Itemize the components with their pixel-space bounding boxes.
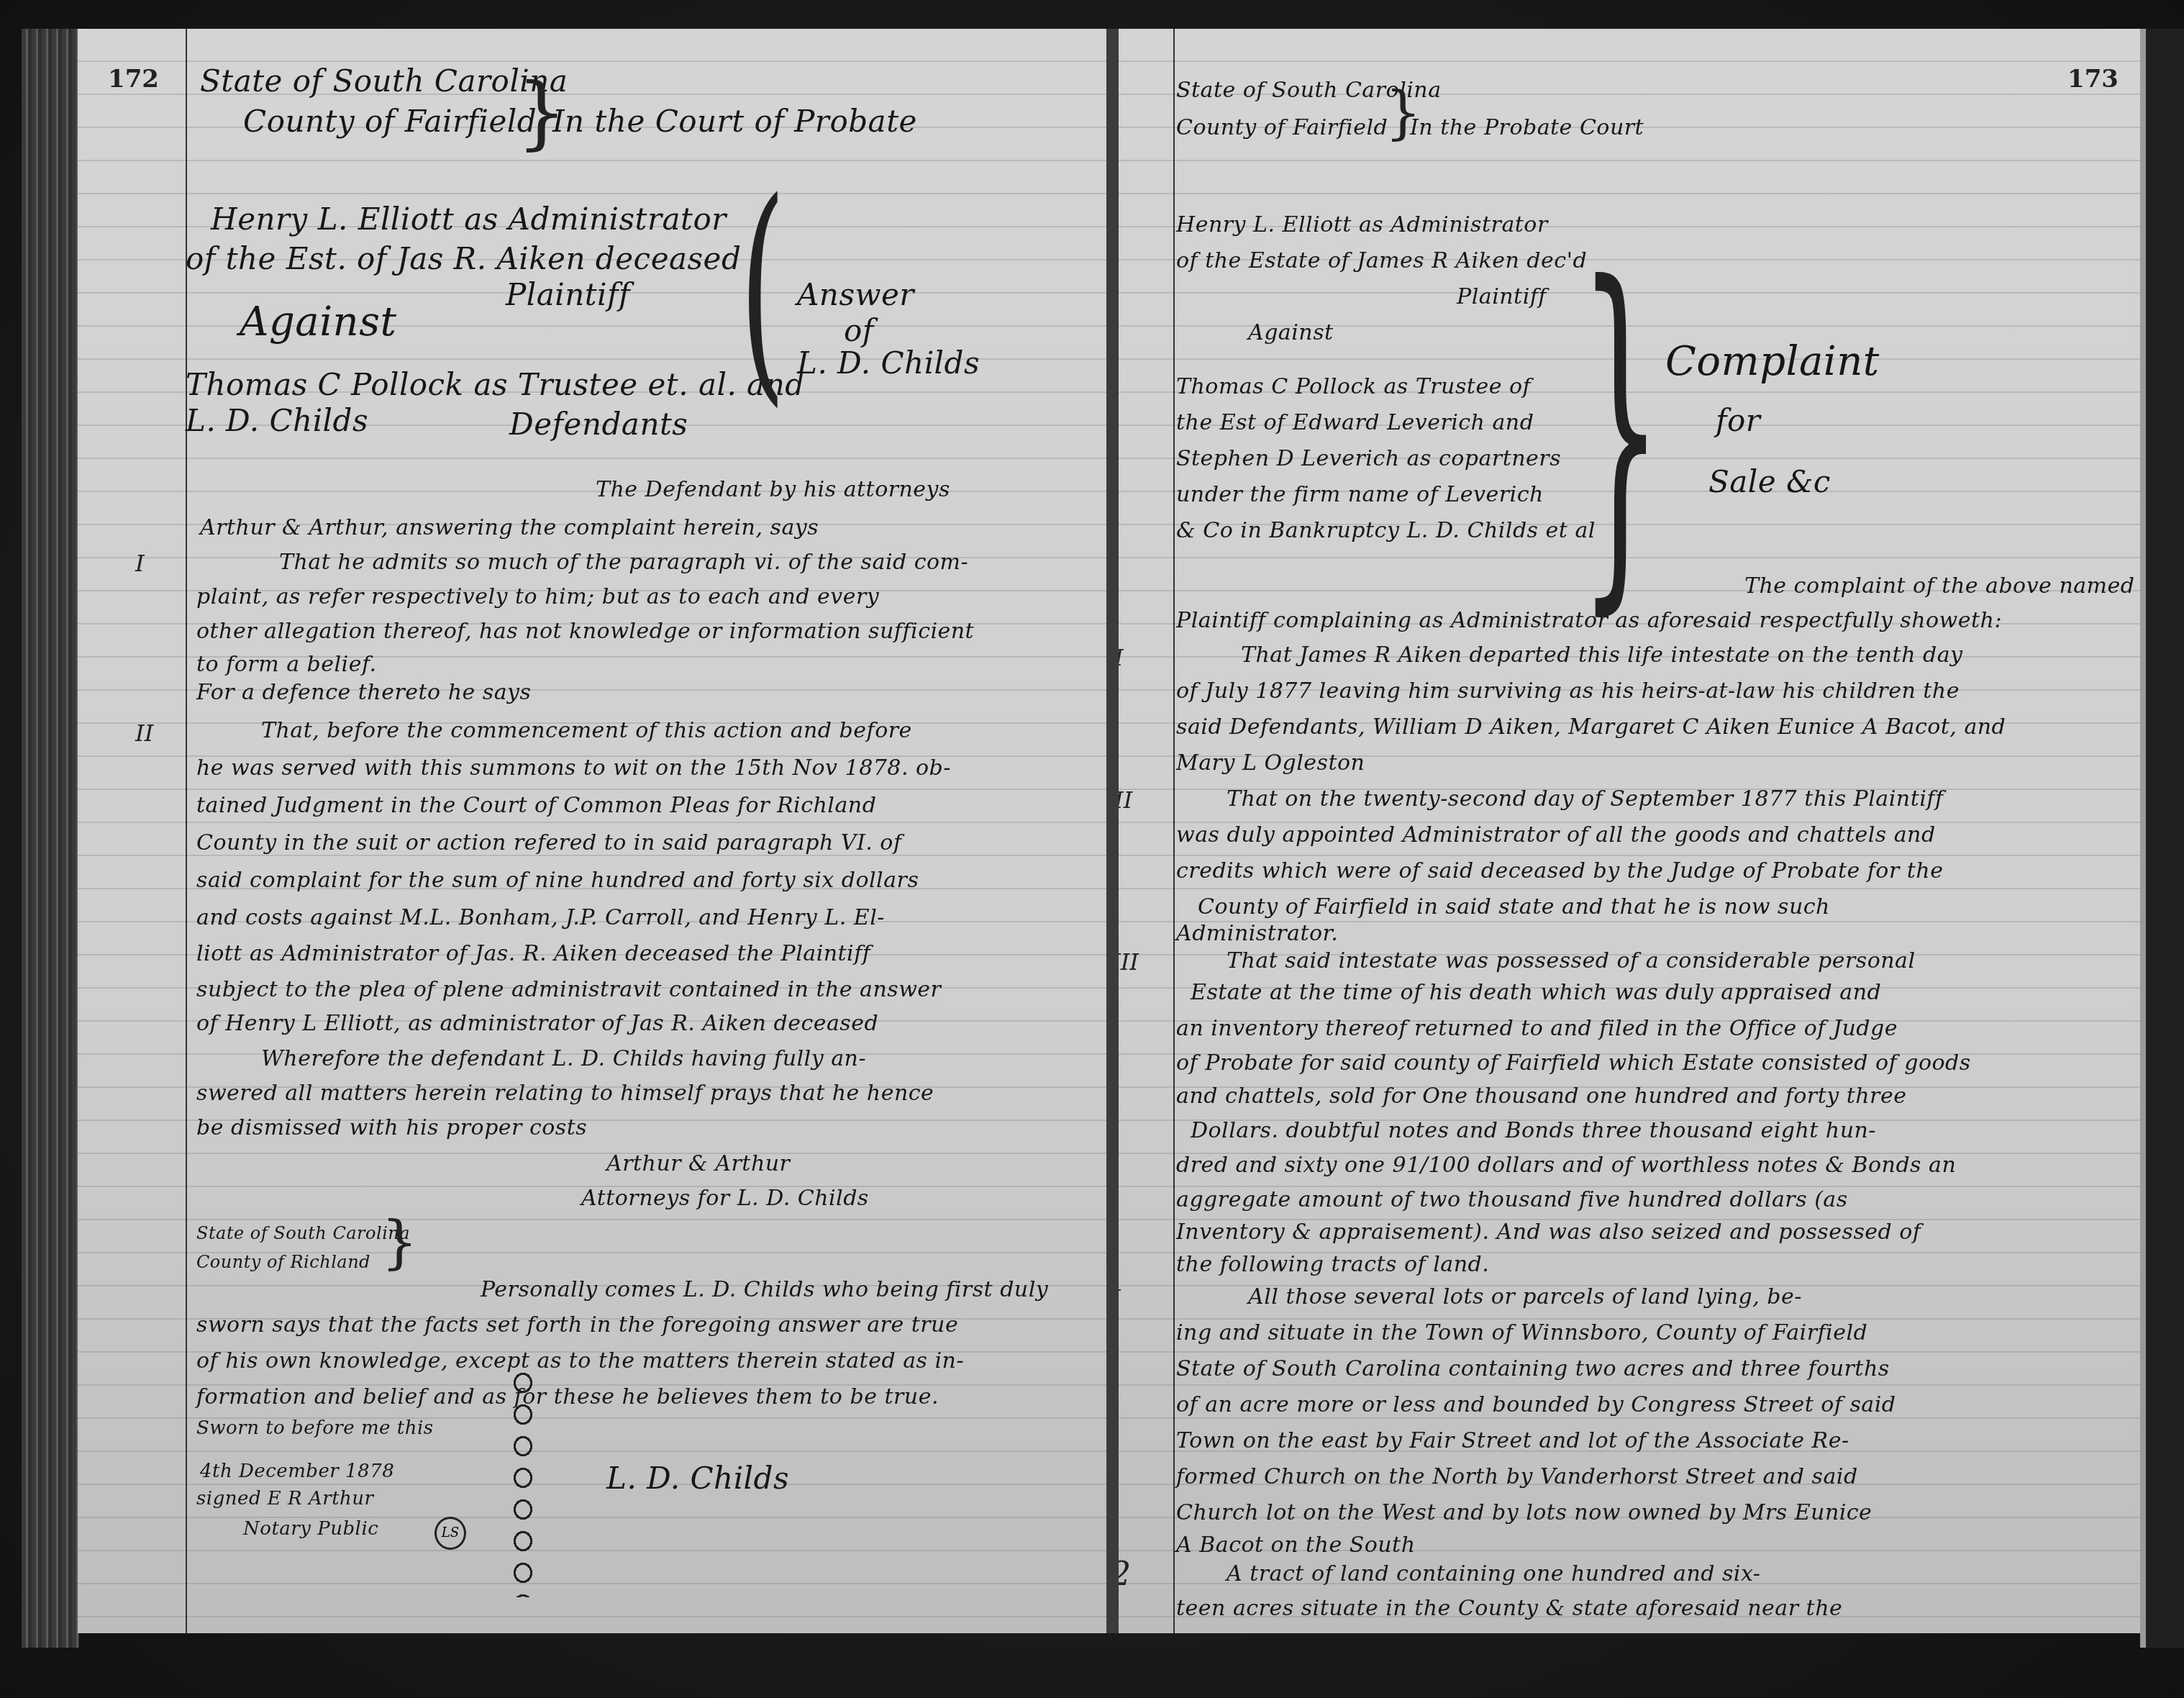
- plaintiff-line-2: of the Est. of Jas R. Aiken deceased: [186, 241, 741, 276]
- caption-court: In the Court of Probate: [552, 104, 917, 139]
- caption-court: In the Probate Court: [1410, 115, 1644, 140]
- paragraph-numeral: I: [135, 550, 145, 577]
- caption-county: County of Fairfield: [1176, 115, 1388, 140]
- body-line: other allegation thereof, has not knowle…: [196, 619, 974, 644]
- against-label: Against: [240, 299, 396, 345]
- body-line: Dollars. doubtful notes and Bonds three …: [1191, 1118, 1876, 1143]
- affidavit-line: of his own knowledge, except as to the m…: [196, 1348, 964, 1374]
- body-line: Town on the east by Fair Street and lot …: [1176, 1428, 1849, 1453]
- body-line: That said intestate was possessed of a c…: [1227, 948, 1916, 973]
- document-title-line-2: for: [1716, 403, 1760, 438]
- body-line: That he admits so much of the paragraph …: [279, 550, 968, 575]
- affidavit-line: formation and belief and as for these he…: [196, 1384, 939, 1409]
- defendant-label: Defendants: [509, 407, 688, 442]
- document-title-line-3: Sale &c: [1708, 464, 1831, 499]
- defendant-line: under the firm name of Leverich: [1176, 482, 1544, 507]
- jurat-line: Sworn to before me this: [196, 1417, 434, 1439]
- body-line: County in the suit or action refered to …: [196, 830, 902, 855]
- body-line: of Probate for said county of Fairfield …: [1176, 1050, 1971, 1076]
- body-line: Wherefore the defendant L. D. Childs hav…: [261, 1046, 866, 1071]
- defendant-line-1: Thomas C Pollock as Trustee et. al. and: [186, 367, 805, 402]
- body-line: of July 1877 leaving him surviving as hi…: [1176, 678, 1960, 704]
- affidavit-line: sworn says that the facts set forth in t…: [196, 1312, 958, 1338]
- body-line: Inventory & appraisement). And was also …: [1176, 1220, 1921, 1245]
- book-gutter: [1106, 29, 1119, 1633]
- left-page: 172 State of South Carolina County of Fa…: [78, 29, 1106, 1633]
- body-line: and chattels, sold for One thousand one …: [1176, 1084, 1906, 1109]
- body-line: credits which were of said deceased by t…: [1176, 858, 1943, 884]
- body-line: said complaint for the sum of nine hundr…: [196, 868, 919, 893]
- body-line: plaint, as refer respectively to him; bu…: [196, 584, 879, 609]
- page-number: 172: [108, 65, 159, 94]
- body-line: subject to the plea of plene administrav…: [196, 977, 941, 1002]
- body-line: swered all matters herein relating to hi…: [196, 1081, 934, 1106]
- body-line: That James R Aiken departed this life in…: [1241, 643, 1963, 668]
- affidavit-county: County of Richland: [196, 1252, 370, 1272]
- title-brace: (: [740, 151, 786, 427]
- attorney-signature-label: Attorneys for L. D. Childs: [581, 1186, 869, 1211]
- paragraph-numeral: III: [1119, 948, 1139, 976]
- body-line: State of South Carolina containing two a…: [1176, 1356, 1890, 1381]
- document-title-line-1: Answer: [797, 277, 914, 312]
- body-line: The Defendant by his attorneys: [596, 477, 950, 502]
- seal-scroll-flourish-icon: [506, 1367, 537, 1597]
- paragraph-numeral: I: [1119, 644, 1124, 671]
- body-line: he was served with this summons to wit o…: [196, 755, 951, 781]
- body-line: That, before the commencement of this ac…: [261, 718, 912, 743]
- body-line: formed Church on the North by Vanderhors…: [1176, 1464, 1858, 1489]
- affidavit-line: Personally comes L. D. Childs who being …: [481, 1277, 1048, 1302]
- body-line: of an acre more or less and bounded by C…: [1176, 1392, 1896, 1417]
- body-line: Church lot on the West and by lots now o…: [1176, 1500, 1872, 1525]
- book-page-edges-left: [22, 29, 79, 1648]
- body-line: dred and sixty one 91/100 dollars and of…: [1176, 1153, 1956, 1178]
- defendant-line: Thomas C Pollock as Trustee of: [1176, 374, 1531, 399]
- notary-seal-icon: LS: [434, 1517, 466, 1550]
- defendant-line: Stephen D Leverich as copartners: [1176, 446, 1561, 471]
- paragraph-numeral: II: [1119, 786, 1132, 814]
- body-line: teen acres situate in the County & state…: [1176, 1596, 1842, 1621]
- ledger-book-spread: 172 State of South Carolina County of Fa…: [0, 0, 2184, 1698]
- caption-county: County of Fairfield: [243, 104, 537, 139]
- caption-state: State of South Carolina: [200, 63, 568, 99]
- plaintiff-label: Plaintiff: [1457, 284, 1547, 309]
- defendant-line: & Co in Bankruptcy L. D. Childs et al: [1176, 518, 1596, 543]
- plaintiff-line-2: of the Estate of James R Aiken dec'd: [1176, 248, 1587, 273]
- paragraph-numeral: 2: [1119, 1554, 1131, 1593]
- right-page: 173 State of South Carolina County of Fa…: [1119, 29, 2140, 1633]
- paragraph-numeral: II: [135, 719, 153, 747]
- plaintiff-line-1: Henry L. Elliott as Administrator: [1176, 212, 1548, 237]
- body-line: was duly appointed Administrator of all …: [1176, 822, 1936, 848]
- jurat-date: 4th December 1878: [200, 1461, 394, 1482]
- body-line: Mary L Ogleston: [1176, 750, 1365, 776]
- body-line: A tract of land containing one hundred a…: [1227, 1561, 1760, 1586]
- plaintiff-label: Plaintiff: [506, 277, 630, 312]
- notary-signature: signed E R Arthur: [196, 1488, 374, 1509]
- affiant-signature: L. D. Childs: [606, 1461, 789, 1496]
- margin-rule: [1173, 29, 1175, 1633]
- title-brace: }: [1579, 209, 1662, 645]
- page-number: 173: [2067, 65, 2119, 94]
- body-line: of Henry L Elliott, as administrator of …: [196, 1011, 878, 1036]
- body-line: said Defendants, William D Aiken, Margar…: [1176, 714, 2006, 740]
- document-title-line-2: of: [844, 313, 874, 348]
- body-line: Estate at the time of his death which wa…: [1191, 980, 1881, 1005]
- body-line: tained Judgment in the Court of Common P…: [196, 793, 876, 818]
- body-line: The complaint of the above named: [1744, 573, 2135, 599]
- body-line: ing and situate in the Town of Winnsboro…: [1176, 1320, 1867, 1345]
- body-line: A Bacot on the South: [1176, 1533, 1416, 1558]
- plaintiff-line-1: Henry L. Elliott as Administrator: [211, 201, 727, 237]
- affidavit-state: State of South Carolina: [196, 1223, 410, 1243]
- body-line: County of Fairfield in said state and th…: [1198, 894, 1830, 920]
- defendant-line: the Est of Edward Leverich and: [1176, 410, 1534, 435]
- body-line: For a defence thereto he says: [196, 680, 531, 705]
- attorney-signature: Arthur & Arthur: [606, 1151, 790, 1176]
- body-line: the following tracts of land.: [1176, 1252, 1489, 1277]
- body-line: to form a belief.: [196, 652, 377, 677]
- body-line: an inventory thereof returned to and fil…: [1176, 1016, 1898, 1041]
- document-title-line-1: Complaint: [1665, 338, 1880, 385]
- against-label: Against: [1248, 320, 1334, 345]
- body-line: Arthur & Arthur, answering the complaint…: [200, 515, 819, 540]
- body-line: Administrator.: [1176, 921, 1338, 946]
- body-line: That on the twenty-second day of Septemb…: [1227, 786, 1944, 812]
- body-line: be dismissed with his proper costs: [196, 1115, 587, 1140]
- book-page-edges-right: [2140, 29, 2184, 1648]
- notary-label: Notary Public: [243, 1518, 378, 1540]
- paragraph-numeral: I: [1119, 1284, 1121, 1312]
- body-line: Plaintiff complaining as Administrator a…: [1176, 608, 2002, 633]
- body-line: aggregate amount of two thousand five hu…: [1176, 1187, 1848, 1212]
- affidavit-brace: }: [381, 1209, 418, 1276]
- document-title-line-3: L. D. Childs: [797, 345, 980, 381]
- body-line: and costs against M.L. Bonham, J.P. Carr…: [196, 905, 885, 930]
- body-line: All those several lots or parcels of lan…: [1248, 1284, 1802, 1309]
- body-line: liott as Administrator of Jas. R. Aiken …: [196, 941, 870, 966]
- defendant-line-2: L. D. Childs: [186, 403, 368, 438]
